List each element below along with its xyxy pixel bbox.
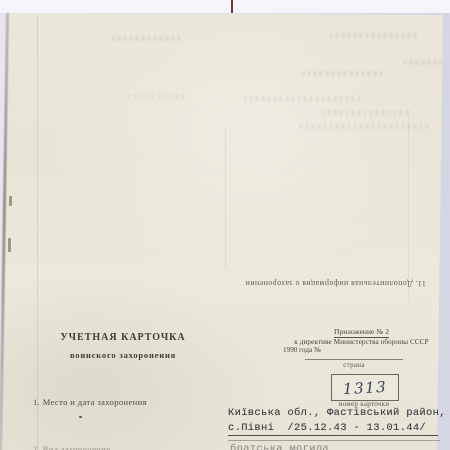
form-title: УЧЕТНАЯ КАРТОЧКА (58, 332, 188, 343)
appendix-title-text: Приложение № 2 (334, 327, 389, 338)
appendix-title: Приложение № 2 (283, 327, 440, 336)
card-number-handwritten: 1313 (342, 377, 387, 397)
card-number-box: 1313 (331, 374, 399, 401)
country-blank-line (305, 359, 403, 360)
field-place-date-label: 1. Место и дата захоронения (33, 397, 147, 407)
bleed-through-smudge (112, 36, 184, 41)
scanner-background-strip (0, 0, 450, 13)
field-burial-type-label: 2. Вид захоронения (33, 444, 111, 450)
fold-line (408, 110, 409, 300)
bleed-through-smudge (330, 33, 418, 38)
fold-line (37, 14, 38, 450)
typed-burial-type: братська могила (230, 443, 329, 450)
ink-dot (79, 416, 82, 418)
entry-rule (228, 440, 440, 441)
country-label: страна (318, 361, 390, 369)
scanned-document-photo: 11. Дополнительная информация о захороне… (0, 0, 450, 450)
paper-edge-speck (9, 196, 12, 206)
bleed-through-smudge (244, 96, 362, 101)
typed-location-line-1: Київська обл., Фастівський район, (228, 407, 446, 419)
fold-line (225, 128, 226, 268)
appendix-directive-line: к директиве Министерства обороны СССР (281, 338, 442, 346)
bleed-through-smudge (128, 94, 186, 99)
bleed-through-smudge (302, 71, 384, 76)
typed-location-line-2: с.Півні /25.12.43 - 13.01.44/ (228, 422, 438, 436)
form-subtitle: воинского захоронения (58, 350, 188, 360)
flipped-section-header: 11. Дополнительная информация о захороне… (228, 279, 426, 288)
appendix-year-line: 1990 года № (283, 346, 383, 354)
bleed-through-smudge (300, 124, 428, 129)
red-thread-mark (231, 0, 233, 13)
bleed-through-smudge (322, 110, 408, 115)
bleed-through-smudge (404, 60, 444, 65)
paper-edge-speck (8, 238, 11, 252)
